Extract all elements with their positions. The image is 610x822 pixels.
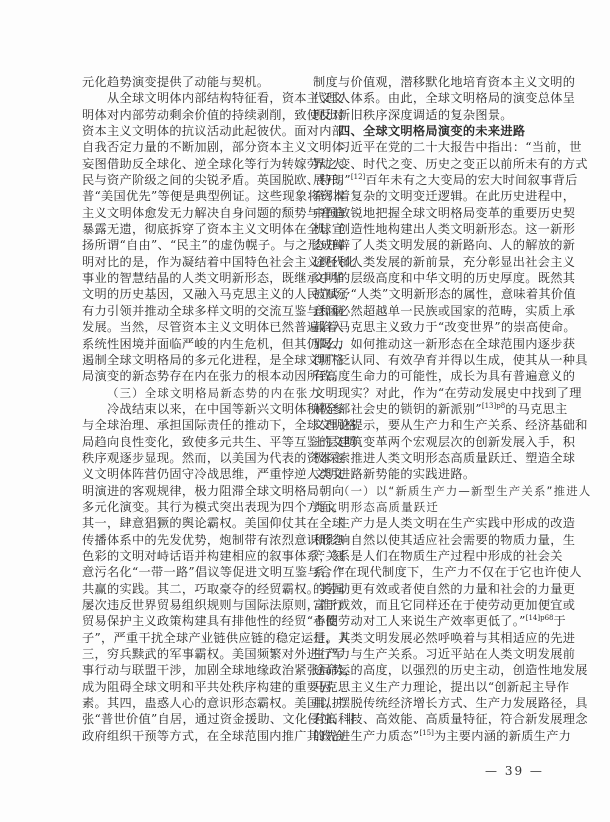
sub-heading: （一）以“新质生产力—新型生产关系”推进人 [313,483,539,499]
body-line: 事业的智慧结晶的人类文明新形态，既继承中华 [82,270,308,286]
body-line: 明体对内部劳动剩余价值的持续剥削，致使反对 [82,107,308,123]
body-line: 资本主义文明体的抗议活动此起彼伏。面对内部 [82,123,308,139]
citation-marker: [13]p8 [482,402,505,410]
body-line: 张“普世价值”自居，通过资金援助、文化侵蚀、非 [82,711,308,727]
body-line: 传播体系中的先发优势，炮制带有浓烈意识形态 [82,532,308,548]
body-line: 制度与价值观，潜移默化地培育资本主义文明的 [313,74,539,90]
citation-marker: [15] [419,729,433,737]
text: 为主要内涵的新质生产力 [434,729,571,743]
body-line-with-citation: 展开。”[12]百年未有之大变局的宏大时间叙事背后 [313,172,539,188]
body-line: 其一，肆意猖獗的舆论霸权。美国仰仗其在全球 [82,515,308,531]
body-line: 生产力与生产关系。习近平站在人类文明发展前 [313,646,539,662]
body-line: 载着马克思主义致力于“改变世界”的崇高使命。 [313,319,539,335]
body-line: 屡次违反世界贸易组织规则与国际法原则，推行 [82,597,308,613]
citation-marker: [12] [351,173,365,181]
body-line: 那么，如何推动这一新形态在全球范围内逐步获 [313,336,539,352]
body-line: 和影响自然以使其适应社会需要的物质力量，生 [313,532,539,548]
body-line: 牵引着复杂的文明变迁逻辑。在此历史进程中， [313,188,539,204]
text: 展开。” [313,173,351,187]
body-line: 途命运的高度，以强烈的历史主动，创造性地发展 [313,662,539,678]
body-line: 遏制全球文明格局的多元化进程，是全球文明格 [82,352,308,368]
body-line: 中国敏锐地把握全球文明格局变革的重要历史契 [313,205,539,221]
body-line: 是，人类文明发展必然呼唤着与其相适应的先进 [313,630,539,646]
body-line: 有力引领并推动全球多样文明的交流互鉴与和谐 [82,303,308,319]
text: 解全部社会史的锁钥的新派别” [313,402,482,416]
body-line: 色彩的文明对峙话语并构建相应的叙事体系，刻 [82,548,308,564]
sub-heading: 类文明形态高质量跃迁 [313,499,539,515]
text: 百年未有之大变局的宏大时间叙事背后 [365,173,577,187]
body-line: 上层建筑变革两个宏观层次的创新发展入手，积 [313,434,539,450]
right-column: 制度与价值观，潜移默化地培育资本主义文明的 代理人体系。由此，全球文明格局的演变… [313,74,539,744]
body-line: 文明的层级高度和中华文明的历史厚度。既然其 [313,270,539,286]
body-line: 事行动与联盟干涉，加剧全球地缘政治紧张局势， [82,662,308,678]
body-line: 界之变、时代之变、历史之变正以前所未有的方式 [313,156,539,172]
body-line: 成为阻碍全球文明和平共处秩序构建的重要因 [82,679,308,695]
body-line: 暴露无遗，彻底拆穿了资本主义文明体在全球宣 [82,221,308,237]
body-line: 元化趋势演变提供了动能与契机。 [82,74,308,90]
body-line: 现出新旧秩序深度调适的复杂图景。 [313,107,539,123]
text: 于 [553,614,566,628]
body-line: 途径和人类发展的新前景，充分彰显出社会主义 [313,254,539,270]
body-line: 代理人体系。由此，全球文明格局的演变总体呈 [313,90,539,106]
body-line: 生产力是人类文明在生产实践中形成的改造 [313,515,539,531]
body-line: 明演进的客观规律，极力阻滞全球文明格局朝向 [82,483,308,499]
body-line: 多元化演变。其行为模式突出表现为四个方面。 [82,499,308,515]
body-line: 民与资产阶级之间的尖锐矛盾。英国脱欧、特朗 [82,172,308,188]
body-line: 素。其四，蛊惑人心的意识形态霸权。美国以扩 [82,695,308,711]
body-line: 扬所谓“自由”、“民主”的虚伪幌子。与之形成鲜 [82,237,308,253]
body-line: 共赢的实践。其二，巧取豪夺的经贸霸权。美国 [82,581,308,597]
body-line: 秩序观逐步显现。然而，以美国为代表的资本主 [82,450,308,466]
sub-heading: （三）全球文明格局新态势的内在张力 [82,385,308,401]
text: 的马克思主 [505,402,567,416]
body-line: 用，摆脱传统经济增长方式、生产力发展路径，具 [313,695,539,711]
body-line: 自我否定力量的不断加剧，部分资本主义文明体 [82,139,308,155]
body-line: 明对比的是，作为凝结着中国特色社会主义现代化 [82,254,308,270]
body-line: 产关系是人们在物质生产过程中形成的社会关 [313,548,539,564]
body-line-with-citation: 解全部社会史的锁钥的新派别”[13]p8的马克思主 [313,401,539,417]
body-line: 极探索推进人类文明形态高质量跃迁、塑造全球 [313,450,539,466]
document-page: 元化趋势演变提供了动能与契机。从全球文明体内部结构特征看，资本主义文明体对内部劳… [0,0,610,822]
body-line: 与全球治理、承担国际责任的推动下，全球文明格 [82,417,308,433]
body-line: 马克思主义生产力理论，提出以“创新起主导作 [313,679,539,695]
body-line: 富于成效，而且它同样还在于使劳动更加便宜或 [313,597,539,613]
body-line: 局趋向良性变化，致使多元共生、平等互鉴的文明 [82,434,308,450]
body-line: 发展。当然，尽管资本主义文明体已然普遍陷入 [82,319,308,335]
body-line: 普“美国优先”等便是典型例证。这些现象将资本 [82,188,308,204]
page-number: — 39 — [485,764,544,778]
body-line: 文明进路新势能的实践进路。 [313,466,539,482]
body-line: 妄图借助反全球化、逆全球化等行为转嫁劳动人 [82,156,308,172]
text: 者使劳动对工人来说生产效率更低了。” [313,614,526,628]
citation-marker: [14]p68 [526,614,554,622]
body-line: 系统性困境并面临严峻的内生危机，但其仍竭力 [82,336,308,352]
body-line: 义理论提示，要从生产力和生产关系、经济基础和 [313,417,539,433]
body-line: 态开辟了人类文明发展的新路向、人的解放的新 [313,237,539,253]
body-line-with-citation: 的先进生产力质态”[15]为主要内涵的新质生产力 [313,728,539,744]
body-line: 文明现实？对此，作为“在劳动发展史中找到了理 [313,385,539,401]
body-line: 文明的历史基因，又融入马克思主义的人民立场， [82,286,308,302]
body-line: 有高度生命力的可能性，成长为具有普遍意义的 [313,368,539,384]
body-line: 意污名化“一带一路”倡议等促进文明互鉴与合作 [82,564,308,580]
body-line: 习近平在党的二十大报告中指出：“当前，世 [313,139,539,155]
body-line: 被赋予“人类”文明新形态的属性，意味着其价值 [313,286,539,302]
body-line: 有高科技、高效能、高质量特征，符合新发展理念 [313,711,539,727]
body-line: 意涵必然超越单一民族或国家的范畴，实质上承 [313,303,539,319]
section-heading: 四、全球文明格局演变的未来进路 [313,123,539,139]
body-line: 政府组织干预等方式，在全球范围内推广其政治 [82,728,308,744]
text: 的先进生产力质态” [313,729,419,743]
left-column: 元化趋势演变提供了动能与契机。从全球文明体内部结构特征看，资本主义文明体对内部劳… [82,74,308,744]
body-line: 主义文明体愈发无力解决自身问题的颓势与窘迫 [82,205,308,221]
body-line: 子”，严重干扰全球产业链供应链的稳定运行。其 [82,630,308,646]
body-line: 冷战结束以来，在中国等新兴文明体积极参 [82,401,308,417]
body-line: 得广泛认同、有效孕育并得以生成，使其从一种具 [313,352,539,368]
body-line: 机，创造性地构建出人类文明新形态。这一新形 [313,221,539,237]
body-line: 义文明体阵营仍固守冷战思维，严重悖逆人类文 [82,466,308,482]
body-line: 贸易保护主义政策构建具有排他性的经贸“小圈 [82,613,308,629]
body-line: 系。“在现代制度下，生产力不仅在于它也许使人 [313,564,539,580]
body-line: 的劳动更有效或者使自然的力量和社会的力量更 [313,581,539,597]
body-line: 从全球文明体内部结构特征看，资本主义文 [82,90,308,106]
body-line-with-citation: 者使劳动对工人来说生产效率更低了。”[14]p68于 [313,613,539,629]
body-line: 局演变的新态势存在内在张力的根本动因所致。 [82,368,308,384]
body-line: 三，穷兵黩武的军事霸权。美国频繁对外进行军 [82,646,308,662]
